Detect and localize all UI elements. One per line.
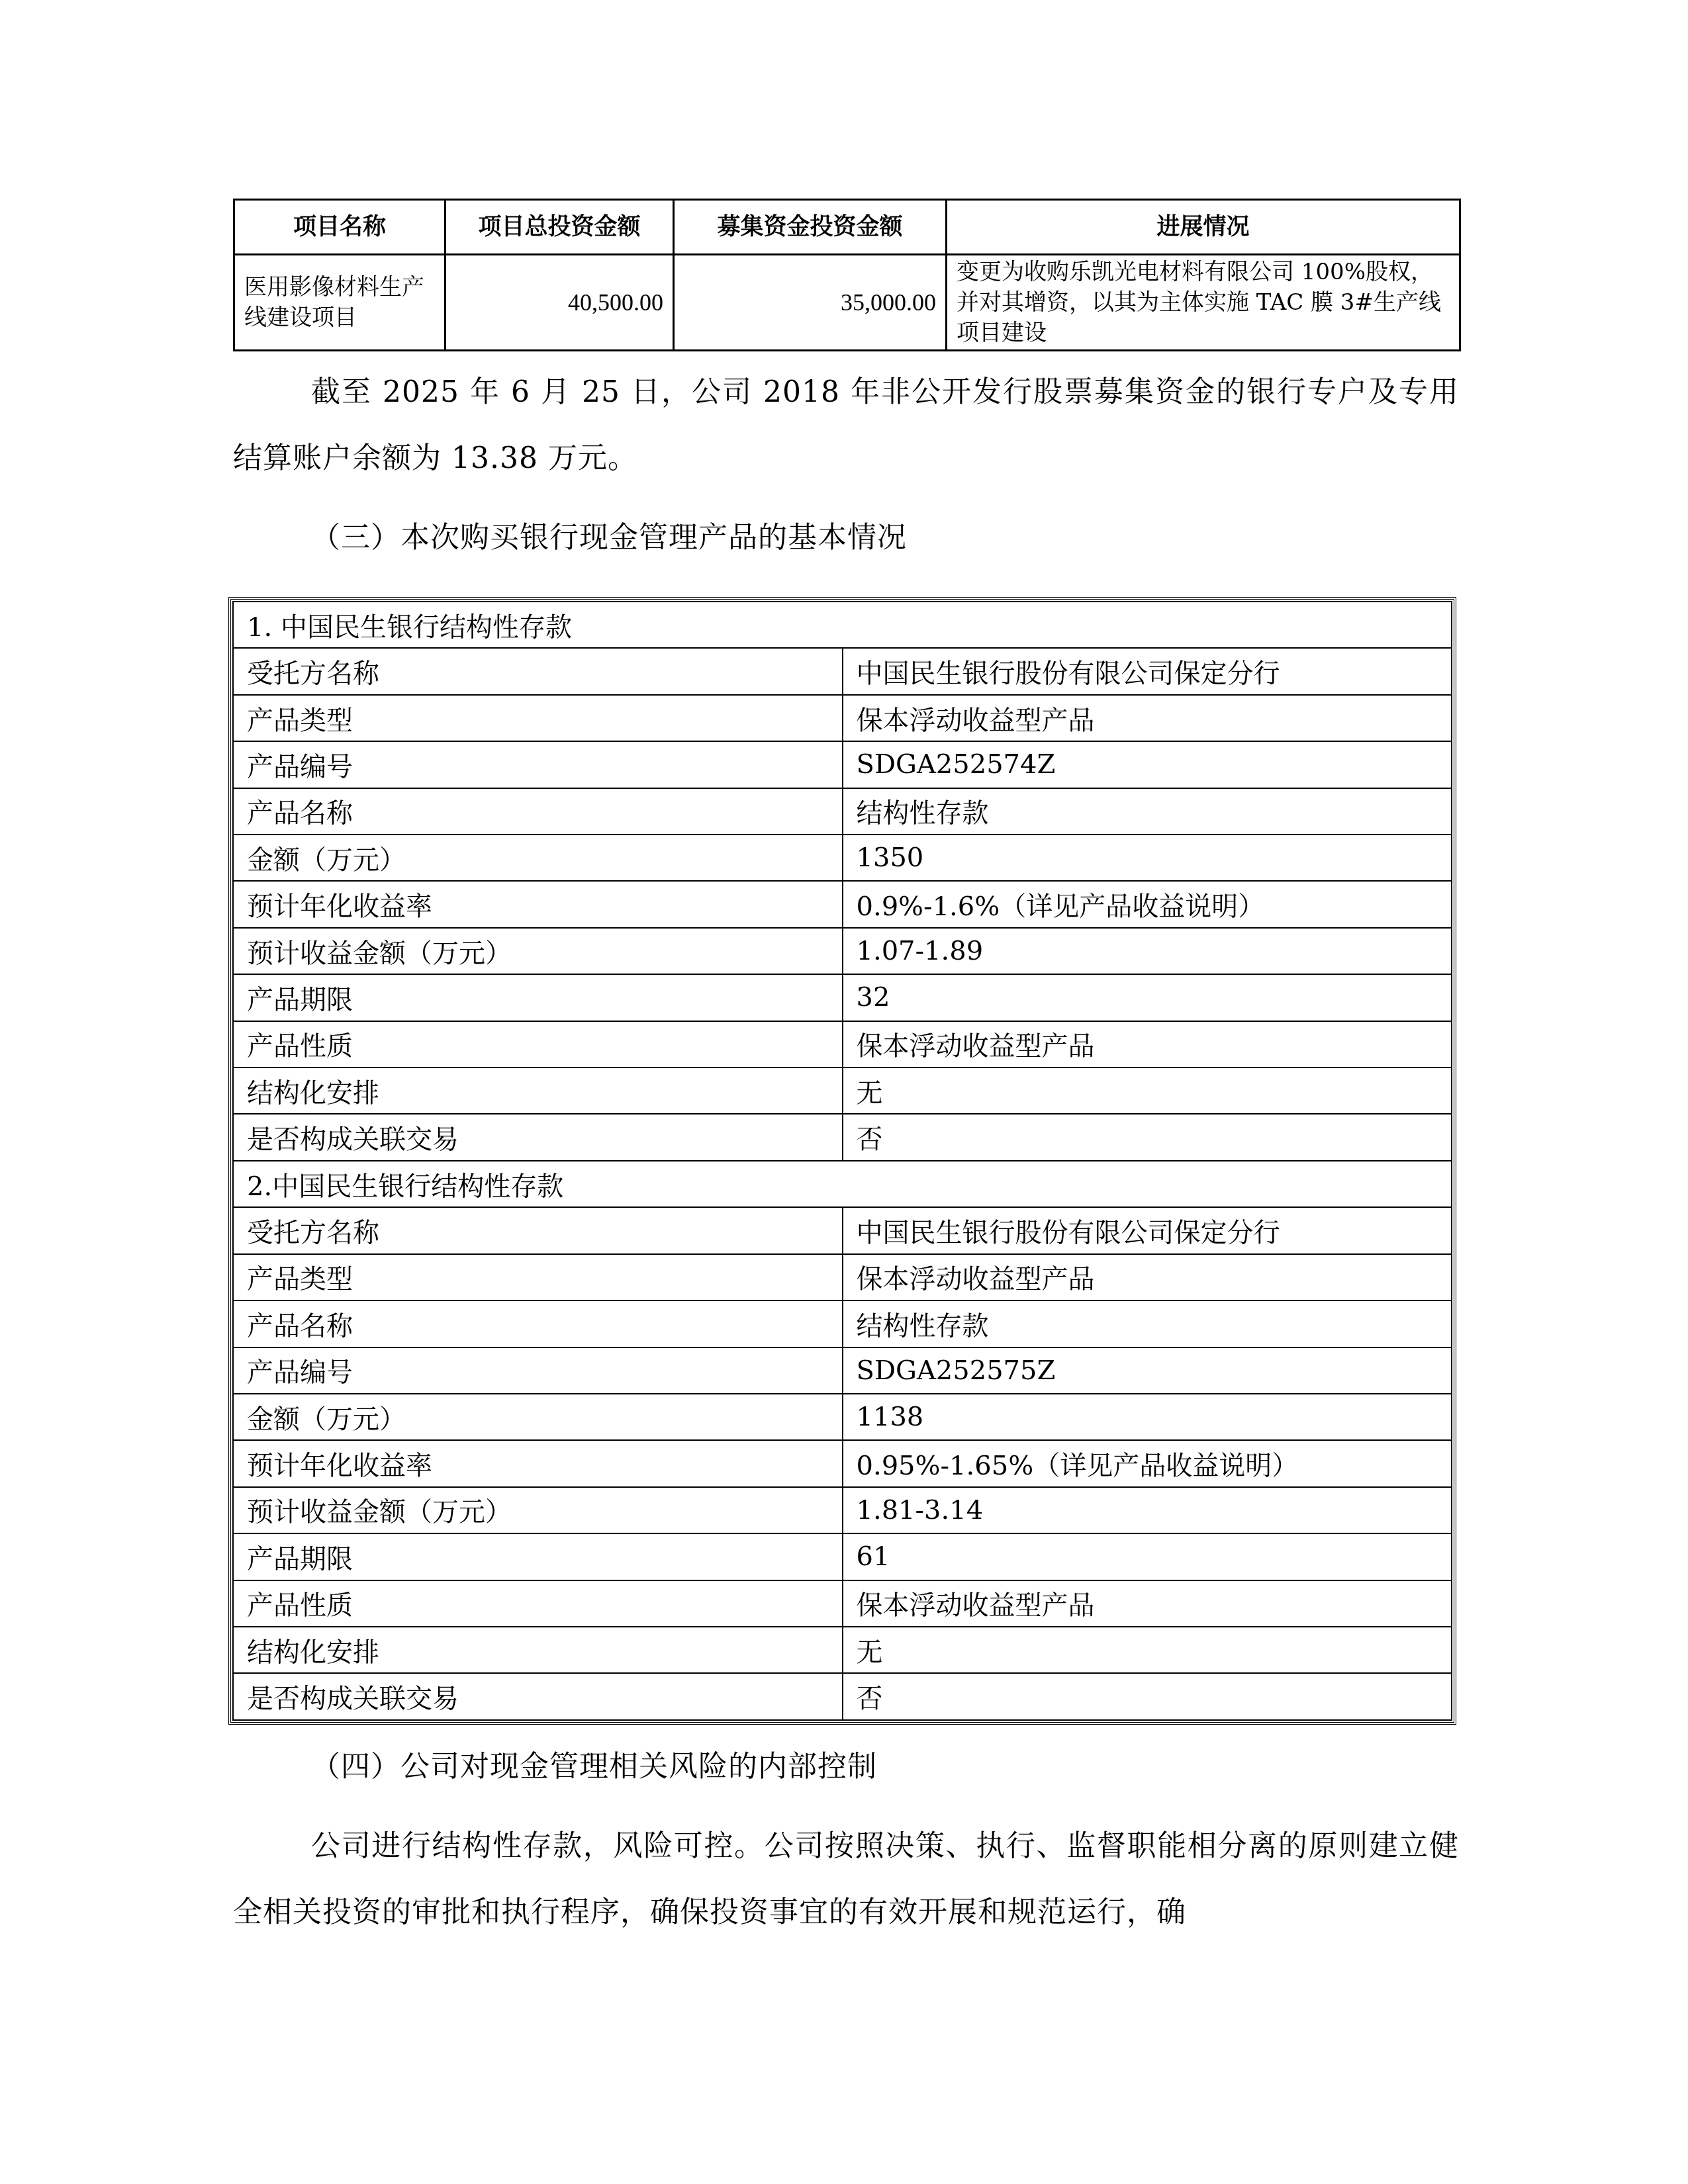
row-value: 1.07-1.89	[843, 928, 1452, 974]
row-value: 中国民生银行股份有限公司保定分行	[843, 1207, 1452, 1253]
balance-paragraph: 截至 2025 年 6 月 25 日，公司 2018 年非公开发行股票募集资金的…	[233, 359, 1459, 492]
table-row: 是否构成关联交易否	[233, 1114, 1452, 1160]
row-label: 产品性质	[233, 1021, 843, 1068]
row-label: 产品期限	[233, 1533, 843, 1580]
table-row: 产品类型保本浮动收益型产品	[233, 695, 1452, 741]
table-row: 医用影像材料生产线建设项目 40,500.00 35,000.00 变更为收购乐…	[234, 255, 1460, 351]
row-label: 结构化安排	[233, 1068, 843, 1114]
row-value: 中国民生银行股份有限公司保定分行	[843, 648, 1452, 694]
row-value: 0.9%-1.6%（详见产品收益说明）	[843, 881, 1452, 927]
row-label: 产品类型	[233, 695, 843, 741]
row-label: 是否构成关联交易	[233, 1114, 843, 1160]
row-value: 无	[843, 1627, 1452, 1673]
table-row: 结构化安排无	[233, 1627, 1452, 1673]
row-label: 预计收益金额（万元）	[233, 928, 843, 974]
table-row: 预计收益金额（万元）1.81-3.14	[233, 1487, 1452, 1533]
table-row: 产品编号SDGA252574Z	[233, 741, 1452, 788]
row-value: 保本浮动收益型产品	[843, 1021, 1452, 1068]
table-row: 结构化安排无	[233, 1068, 1452, 1114]
row-value: 1138	[843, 1394, 1452, 1440]
table-row: 产品性质保本浮动收益型产品	[233, 1021, 1452, 1068]
table-row: 产品名称结构性存款	[233, 788, 1452, 835]
table-row: 金额（万元）1138	[233, 1394, 1452, 1440]
row-value: 否	[843, 1673, 1452, 1720]
section-title: 2.中国民生银行结构性存款	[233, 1161, 1452, 1207]
row-label: 产品编号	[233, 1347, 843, 1394]
row-label: 预计年化收益率	[233, 881, 843, 927]
row-value: 61	[843, 1533, 1452, 1580]
project-investment-table: 项目名称 项目总投资金额 募集资金投资金额 进展情况 医用影像材料生产线建设项目…	[233, 199, 1461, 351]
section-title-row-1: 1. 中国民生银行结构性存款	[233, 602, 1452, 648]
table-row: 受托方名称中国民生银行股份有限公司保定分行	[233, 1207, 1452, 1253]
table-row: 预计年化收益率0.95%-1.65%（详见产品收益说明）	[233, 1440, 1452, 1486]
row-value: 保本浮动收益型产品	[843, 1254, 1452, 1300]
row-value: 否	[843, 1114, 1452, 1160]
row-value: 1.81-3.14	[843, 1487, 1452, 1533]
table-row: 预计年化收益率0.9%-1.6%（详见产品收益说明）	[233, 881, 1452, 927]
row-label: 预计年化收益率	[233, 1440, 843, 1486]
row-value: 保本浮动收益型产品	[843, 1580, 1452, 1627]
row-value: SDGA252575Z	[843, 1347, 1452, 1394]
row-value: 0.95%-1.65%（详见产品收益说明）	[843, 1440, 1452, 1486]
cell-total-investment: 40,500.00	[445, 255, 674, 351]
header-raised-funds-investment: 募集资金投资金额	[674, 200, 947, 255]
table-row: 产品编号SDGA252575Z	[233, 1347, 1452, 1394]
document-page: 项目名称 项目总投资金额 募集资金投资金额 进展情况 医用影像材料生产线建设项目…	[0, 0, 1688, 2184]
table-row: 是否构成关联交易否	[233, 1673, 1452, 1720]
header-progress: 进展情况	[947, 200, 1460, 255]
row-value: 保本浮动收益型产品	[843, 695, 1452, 741]
products-table-frame: 1. 中国民生银行结构性存款 受托方名称中国民生银行股份有限公司保定分行 产品类…	[228, 597, 1456, 1725]
row-label: 是否构成关联交易	[233, 1673, 843, 1720]
row-value: 结构性存款	[843, 1300, 1452, 1347]
table-row: 受托方名称中国民生银行股份有限公司保定分行	[233, 648, 1452, 694]
header-project-name: 项目名称	[234, 200, 445, 255]
cell-project-name: 医用影像材料生产线建设项目	[234, 255, 445, 351]
row-value: 无	[843, 1068, 1452, 1114]
row-label: 产品性质	[233, 1580, 843, 1627]
row-label: 产品编号	[233, 741, 843, 788]
section-title-row-2: 2.中国民生银行结构性存款	[233, 1161, 1452, 1207]
row-value: 32	[843, 974, 1452, 1021]
table-row: 预计收益金额（万元）1.07-1.89	[233, 928, 1452, 974]
row-value: 结构性存款	[843, 788, 1452, 835]
row-label: 产品期限	[233, 974, 843, 1021]
row-label: 产品类型	[233, 1254, 843, 1300]
row-value: 1350	[843, 835, 1452, 881]
cell-raised-funds-investment: 35,000.00	[674, 255, 947, 351]
section-4-heading: （四）公司对现金管理相关风险的内部控制	[311, 1747, 877, 1787]
header-total-investment: 项目总投资金额	[445, 200, 674, 255]
products-table: 1. 中国民生银行结构性存款 受托方名称中国民生银行股份有限公司保定分行 产品类…	[232, 601, 1452, 1721]
table-row: 产品期限61	[233, 1533, 1452, 1580]
cell-progress: 变更为收购乐凯光电材料有限公司 100%股权，并对其增资，以其为主体实施 TAC…	[947, 255, 1460, 351]
table-row: 产品期限32	[233, 974, 1452, 1021]
table-row: 产品名称结构性存款	[233, 1300, 1452, 1347]
table-row: 金额（万元）1350	[233, 835, 1452, 881]
row-label: 产品名称	[233, 788, 843, 835]
risk-control-paragraph: 公司进行结构性存款，风险可控。公司按照决策、执行、监督职能相分离的原则建立健全相…	[233, 1813, 1459, 1946]
section-title: 1. 中国民生银行结构性存款	[233, 602, 1452, 648]
row-label: 金额（万元）	[233, 835, 843, 881]
row-label: 金额（万元）	[233, 1394, 843, 1440]
row-label: 受托方名称	[233, 648, 843, 694]
row-label: 受托方名称	[233, 1207, 843, 1253]
table-header-row: 项目名称 项目总投资金额 募集资金投资金额 进展情况	[234, 200, 1460, 255]
section-3-heading: （三）本次购买银行现金管理产品的基本情况	[311, 518, 907, 558]
row-label: 产品名称	[233, 1300, 843, 1347]
row-label: 预计收益金额（万元）	[233, 1487, 843, 1533]
row-value: SDGA252574Z	[843, 741, 1452, 788]
table-row: 产品类型保本浮动收益型产品	[233, 1254, 1452, 1300]
row-label: 结构化安排	[233, 1627, 843, 1673]
table-row: 产品性质保本浮动收益型产品	[233, 1580, 1452, 1627]
